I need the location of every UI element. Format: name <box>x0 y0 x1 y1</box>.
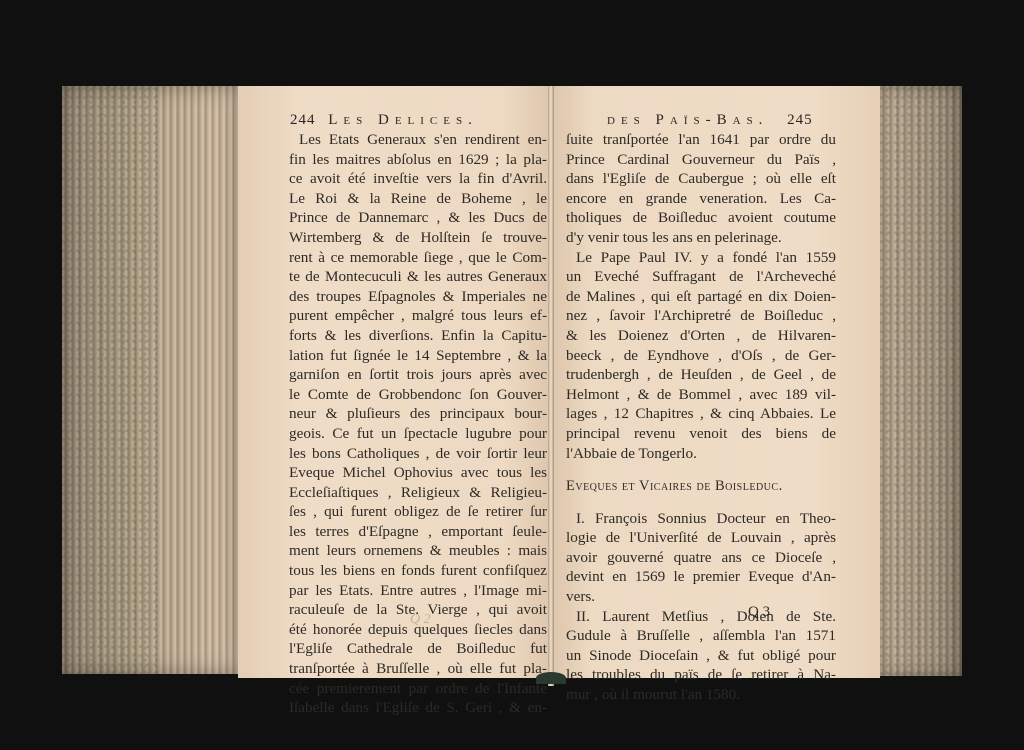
text-line: avoir gouverné quatre ans ce Dioceſe , <box>566 548 836 568</box>
text-line: l'Abbaie de Tongerlo. <box>566 444 836 464</box>
right-running-title: des Païs-Bas. <box>607 112 768 128</box>
signature-mark: Q 3 <box>748 604 770 621</box>
text-line: Le Roi & la Reine de Boheme , le <box>289 189 547 209</box>
text-line: des troupes Eſpagnoles & Imperiales ne <box>289 287 547 307</box>
text-line: ſuite tranſportée l'an 1641 par ordre du <box>566 130 836 150</box>
text-line: un Sinode Dioceſain , & fut obligé pour <box>566 646 836 666</box>
text-line: devint en 1569 le premier Eveque d'An- <box>566 567 836 587</box>
text-line: lation fut ſignée le 14 Septembre , & la <box>289 346 547 366</box>
text-line: lages , 12 Chapitres , & cinq Abbaies. L… <box>566 404 836 424</box>
left-page-number: 244 <box>290 112 316 128</box>
text-line: Eccleſiaſtiques , Religieux & Religieu- <box>289 483 547 503</box>
text-line: ce avoit été inveſtie vers la fin d'Avri… <box>289 169 547 189</box>
right-page-text: ſuite tranſportée l'an 1641 par ordre du… <box>566 130 836 705</box>
text-line: Iſabelle dans l'Egliſe de S. Geri , & en… <box>289 698 547 718</box>
text-line: tholiques de Boiſleduc avoient coutume <box>566 208 836 228</box>
right-page-edges <box>880 86 962 676</box>
text-line: neur & pluſieurs des principaux bour- <box>289 404 547 424</box>
left-running-title: Les Delices. <box>328 112 478 128</box>
text-line: Prince de Dannemarc , & les Ducs de <box>289 208 547 228</box>
text-line: tranſportée à Bruſſelle , où elle fut pl… <box>289 659 547 679</box>
text-line: & les Doienez d'Orten , de Hilvaren- <box>566 326 836 346</box>
book-gutter <box>548 86 554 686</box>
text-line: geois. Ce fut un ſpectacle lugubre pour <box>289 424 547 444</box>
text-line: d'y venir tous les ans en pelerinage. <box>566 228 836 248</box>
faint-show-through-mark: Q 2 <box>410 612 431 628</box>
text-line: Wirtemberg & de Holſtein ſe trouve- <box>289 228 547 248</box>
right-page-number: 245 <box>787 112 813 128</box>
text-line: les bons Catholiques , de voir ſortir le… <box>289 444 547 464</box>
text-line: cée premierement par ordre de l'Infante <box>289 679 547 699</box>
text-line: I. François Sonnius Docteur en Theo- <box>566 509 836 529</box>
text-line: Eveque Michel Ophovius avec tous les <box>289 463 547 483</box>
text-line: rent à ce memorable ſiege , que le Com- <box>289 248 547 268</box>
text-line: Gudule à Bruſſelle , aſſembla l'an 1571 <box>566 626 836 646</box>
text-line: les troubles du païs de ſe retirer à Na- <box>566 665 836 685</box>
text-line: II. Laurent Metſius , Doien de Ste. <box>566 607 836 627</box>
text-line: les terres d'Eſpagne , emportant ſeule- <box>289 522 547 542</box>
text-line: encore en grande veneration. Les Ca- <box>566 189 836 209</box>
text-line: te de Montecuculi & les autres Generaux <box>289 267 547 287</box>
text-line: nez , ſavoir l'Archipretré de Boiſleduc … <box>566 306 836 326</box>
left-page-edges <box>62 86 238 674</box>
text-line: purent empêcher , malgré tous leurs ef- <box>289 306 547 326</box>
text-line: logie de l'Univerſité de Louvain , après <box>566 528 836 548</box>
text-line: Helmont , & de Bommel , avec 189 vil- <box>566 385 836 405</box>
text-line: de Malines , qui eſt partagé en dix Doie… <box>566 287 836 307</box>
text-line: ment leurs ornemens & meubles : mais <box>289 541 547 561</box>
text-line: Le Pape Paul IV. y a fondé l'an 1559 <box>566 248 836 268</box>
text-line: Les Etats Generaux s'en rendirent en- <box>289 130 547 150</box>
left-running-head: 244 Les Delices. <box>290 112 478 129</box>
text-line: garniſon en ſortit trois jours après ave… <box>289 365 547 385</box>
text-line: tous les biens en fonds furent confiſque… <box>289 561 547 581</box>
right-running-head: des Païs-Bas. 245 <box>607 112 813 129</box>
text-line: principal revenu venoit des biens de <box>566 424 836 444</box>
text-line: Prince Cardinal Gouverneur du Païs , <box>566 150 836 170</box>
text-line: trudenbergh , de Heuſden , de Geel , de <box>566 365 836 385</box>
text-line: forts & les diverſions. Enfin la Capitu- <box>289 326 547 346</box>
left-page-text: Les Etats Generaux s'en rendirent en- fi… <box>289 130 547 718</box>
open-book: 244 Les Delices. des Païs-Bas. 245 Les E… <box>0 0 1024 750</box>
text-line: le Comte de Grobbendonc ſon Gouver- <box>289 385 547 405</box>
text-line: par les Etats. Entre autres , l'Image mi… <box>289 581 547 601</box>
text-line: fin les maitres abſolus en 1629 ; la pla… <box>289 150 547 170</box>
text-line: ſes , qui furent obligez de ſe retirer ſ… <box>289 502 547 522</box>
text-line: un Eveché Suffragant de l'Archeveché <box>566 267 836 287</box>
text-line: l'Egliſe Cathedrale de Boiſleduc fut <box>289 639 547 659</box>
text-line: dans l'Egliſe de Caubergue ; où elle eſt <box>566 169 836 189</box>
section-heading: Eveques et Vicaires de Boisleduc. <box>566 477 836 497</box>
text-line: mur , où il mourut l'an 1580. <box>566 685 836 705</box>
text-line: vers. <box>566 587 836 607</box>
text-line: beeck , de Eyndhove , d'Oſs , de Ger- <box>566 346 836 366</box>
